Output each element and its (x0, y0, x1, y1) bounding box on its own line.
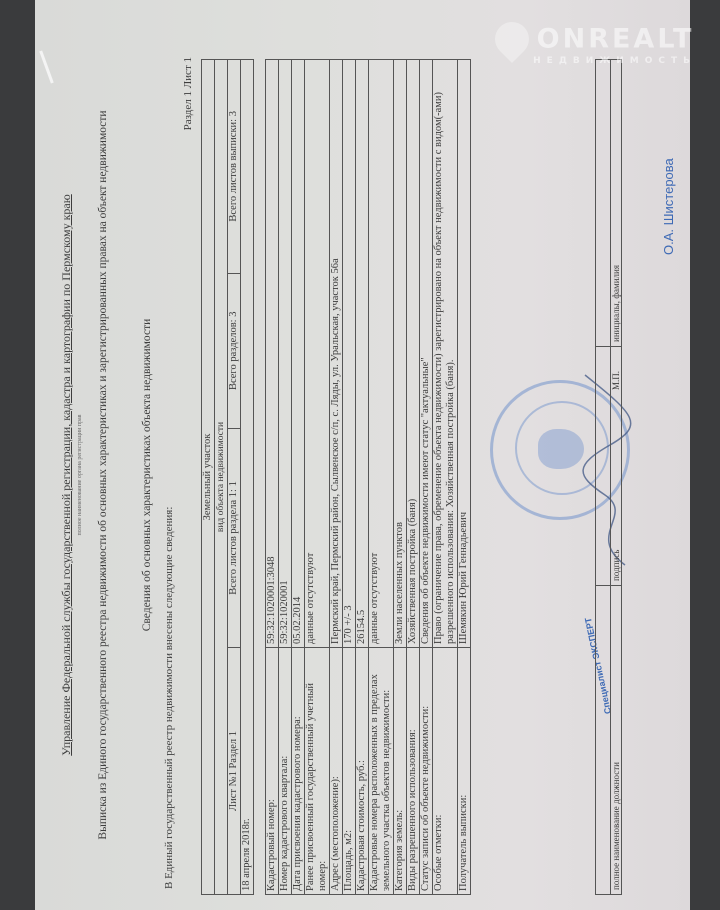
table-row: Номер кадастрового квартала:59:32:102000… (279, 60, 292, 895)
row-label: Адрес (местоположение): (330, 648, 343, 895)
row-value: 05.02.2014 (292, 60, 305, 648)
issuer-name: Управление Федеральной службы государств… (59, 194, 73, 755)
house-pin-icon (488, 15, 536, 63)
property-details-table: Кадастровый номер:59:32:1020001:3048Номе… (265, 59, 471, 895)
row-label: Категория земель: (394, 648, 407, 895)
row-label: Номер кадастрового квартала: (279, 648, 292, 895)
signature-cell (596, 347, 611, 586)
table-row: Категория земель:Земли населенных пункто… (394, 60, 407, 895)
signature-caption: подпись (611, 550, 621, 581)
signer-name-cell (596, 60, 611, 347)
intro-text: В Единый государственный реестр недвижим… (163, 507, 175, 889)
name-caption: инициалы, фамилия (611, 60, 622, 347)
table-row: Площадь, м2:170 +/- 3 (343, 60, 356, 895)
row-label: Получатель выписки: (458, 648, 471, 895)
table-row: Ранее присвоенный государственный учетны… (305, 60, 330, 895)
sheets-in-section: Всего листов раздела 1: 1 (228, 428, 241, 647)
document-title: Выписка из Единого государственного реес… (97, 55, 109, 895)
table-row: Кадастровая стоимость, руб.:26154.5 (356, 60, 369, 895)
table-row: Кадастровые номера расположенных в преде… (369, 60, 394, 895)
total-sheets: Всего листов выписки: 3 (228, 60, 241, 274)
row-value: 59:32:1020001:3048 (266, 60, 279, 648)
table-row: Адрес (местоположение):Пермский край, Пе… (330, 60, 343, 895)
row-value: Хозяйственная постройка (баня) (407, 60, 420, 648)
row-label: Кадастровая стоимость, руб.: (356, 648, 369, 895)
row-value: 170 +/- 3 (343, 60, 356, 648)
row-value: данные отсутствуют (305, 60, 330, 648)
position-caption: полное наименование должности (611, 586, 622, 895)
seal-caption: М.П. (611, 371, 621, 390)
table-row: Получатель выписки:Шемякин Юрий Геннадье… (458, 60, 471, 895)
watermark-brand: ONREALT (537, 24, 695, 55)
row-label: Виды разрешенного использования: (407, 648, 420, 895)
row-value: Право (ограничение права, обременение об… (433, 60, 458, 648)
row-label: Площадь, м2: (343, 648, 356, 895)
issuer-caption: полное наименование органа регистрации п… (77, 55, 83, 895)
row-label: Кадастровый номер: (266, 648, 279, 895)
signature-caption-cell: подписьМ.П. (611, 347, 622, 586)
signer-name: О.А. Шистерова (661, 158, 676, 255)
row-value: Сведения об объекте недвижимости имеют с… (420, 60, 433, 648)
row-label: Особые отметки: (433, 648, 458, 895)
table-row: Особые отметки:Право (ограничение права,… (433, 60, 458, 895)
characteristics-table: Земельный участок вид объекта недвижимос… (201, 59, 254, 895)
section-label: Раздел 1 Лист 1 (182, 57, 194, 130)
total-sections: Всего разделов: 3 (228, 273, 241, 428)
row-value: 59:32:1020001 (279, 60, 292, 648)
table-row: Кадастровый номер:59:32:1020001:3048 (266, 60, 279, 895)
issuer-heading: Управление Федеральной службы государств… (59, 55, 74, 895)
row-value: Пермский край, Пермский район, Сылвенско… (330, 60, 343, 648)
row-value: 26154.5 (356, 60, 369, 648)
row-label: Ранее присвоенный государственный учетны… (305, 648, 330, 895)
signature-block: полное наименование должности подписьМ.П… (595, 59, 622, 895)
egrn-extract-document: Управление Федеральной службы государств… (35, 55, 690, 895)
document-subtitle: Сведения об основных характеристиках объ… (141, 55, 153, 895)
table-row: Виды разрешенного использования:Хозяйств… (407, 60, 420, 895)
extract-date: 18 апреля 2018г. (241, 60, 254, 895)
row-label: Статус записи об объекте недвижимости: (420, 648, 433, 895)
position-cell (596, 586, 611, 895)
table-row: Статус записи об объекте недвижимости:Св… (420, 60, 433, 895)
table-row: Дата присвоения кадастрового номера:05.0… (292, 60, 305, 895)
object-type: Земельный участок (202, 60, 215, 895)
watermark: ONREALT НЕДВИЖИМОСТЬ (493, 22, 696, 66)
row-value: данные отсутствуют (369, 60, 394, 648)
object-type-caption: вид объекта недвижимости (215, 60, 228, 895)
row-label: Кадастровые номера расположенных в преде… (369, 648, 394, 895)
row-label: Дата присвоения кадастрового номера: (292, 648, 305, 895)
row-value: Шемякин Юрий Геннадьевич (458, 60, 471, 648)
sheet-number: Лист №1 Раздел 1 (228, 648, 241, 895)
watermark-tagline: НЕДВИЖИМОСТЬ (493, 56, 696, 66)
row-value: Земли населенных пунктов (394, 60, 407, 648)
